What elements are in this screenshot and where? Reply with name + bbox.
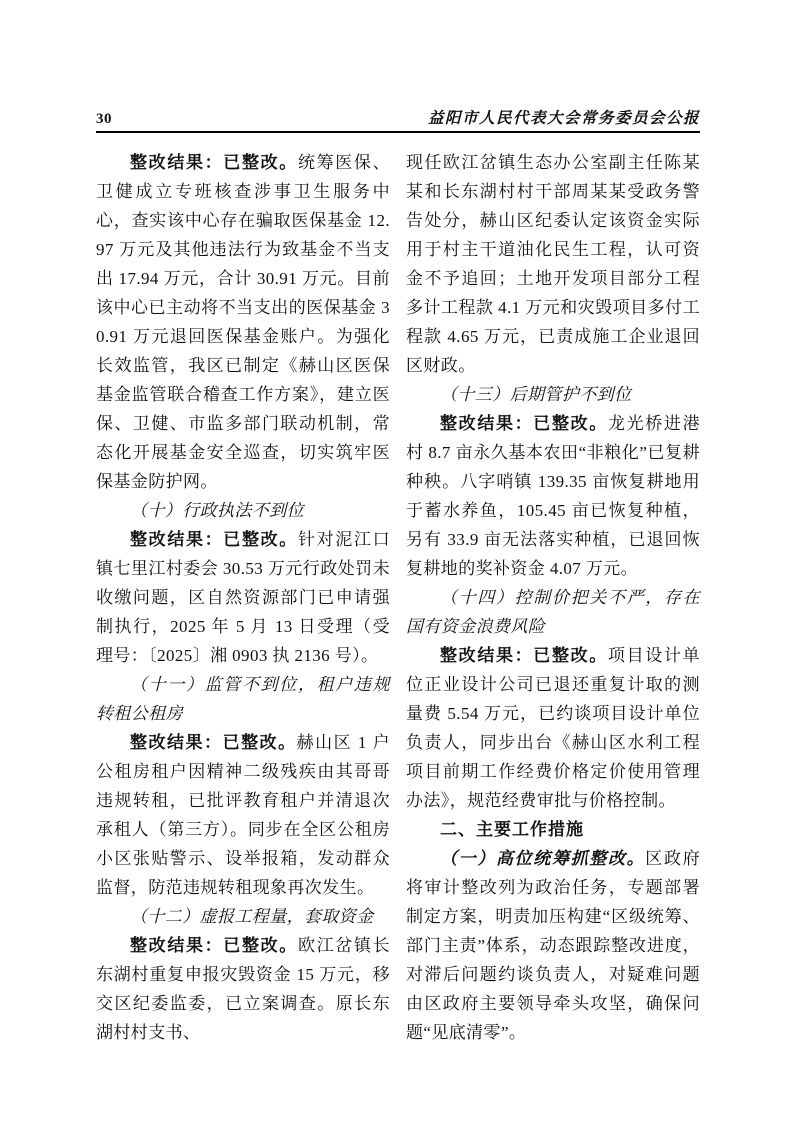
page-number: 30 [96,111,112,128]
header-title: 益阳市人民代表大会常务委员会公报 [428,106,700,128]
heading-section-2-main-measures: 二、主要工作措施 [406,815,700,844]
text-run-normal: 针对泥江口镇七里江村委会 30.53 万元行政处罚未收缴问题，区自然资源部门已申… [96,530,390,665]
text-run-normal: 赫山区 1 户公租房租户因精神二级残疾由其哥哥违规转租，已批评教育租户并清退次承… [96,733,390,897]
text-run-kai: （十一）监管不到位，租户违规转租公租房 [96,675,390,723]
para-measure-1-overall-planning: （一）高位统筹抓整改。区政府将审计整改列为政治任务，专题部署制定方案，明责加压构… [406,844,700,1047]
text-run-bold: 整改结果：已整改。 [130,153,298,172]
para-rectification-project-funds-continued: 现任欧江岔镇生态办公室副主任陈某某和长东湖村村干部周某某受政务警告处分，赫山区纪… [406,148,700,380]
text-run-normal: 龙光桥进港村 8.7 亩永久基本农田“非粮化”已复耕种秧。八字哨镇 139.35… [406,414,700,578]
text-run-bold: 整改结果：已整改。 [440,646,608,665]
left-column: 整改结果：已整改。统筹医保、卫健成立专班核查涉事卫生服务中心，查实该中心存在骗取… [96,148,390,1047]
text-run-kai: （十二）虚报工程量，套取资金 [130,907,374,926]
text-run-kai: （十三）后期管护不到位 [440,385,631,404]
document-page: 30 益阳市人民代表大会常务委员会公报 整改结果：已整改。统筹医保、卫健成立专班… [0,0,794,1122]
heading-item-13: （十三）后期管护不到位 [406,380,700,409]
document-body: 整改结果：已整改。统筹医保、卫健成立专班核查涉事卫生服务中心，查实该中心存在骗取… [96,148,700,1047]
page-header: 30 益阳市人民代表大会常务委员会公报 [96,106,700,133]
text-run-normal: 项目设计单位正业设计公司已退还重复计取的测量费 5.54 万元，已约谈项目设计单… [406,646,700,810]
heading-item-12: （十二）虚报工程量，套取资金 [96,902,390,931]
text-run-kaibold: （一）高位统筹抓整改。 [440,849,645,868]
text-run-bold: 整改结果：已整改。 [130,530,298,549]
heading-item-10: （十）行政执法不到位 [96,496,390,525]
para-rectification-price-control: 整改结果：已整改。项目设计单位正业设计公司已退还重复计取的测量费 5.54 万元… [406,641,700,815]
para-rectification-medical-insurance: 整改结果：已整改。统筹医保、卫健成立专班核查涉事卫生服务中心，查实该中心存在骗取… [96,148,390,496]
text-run-bold: 整改结果：已整改。 [130,936,298,955]
text-run-normal: 区政府将审计整改列为政治任务，专题部署制定方案，明责加压构建“区级统筹、部门主责… [406,849,700,1042]
para-rectification-project-funds: 整改结果：已整改。欧江岔镇长东湖村重复申报灾毁资金 15 万元，移交区纪委监委，… [96,931,390,1047]
para-rectification-enforcement: 整改结果：已整改。针对泥江口镇七里江村委会 30.53 万元行政处罚未收缴问题，… [96,525,390,670]
text-run-bold: 整改结果：已整改。 [440,414,608,433]
text-run-normal: 统筹医保、卫健成立专班核查涉事卫生服务中心，查实该中心存在骗取医保基金 12.9… [96,153,390,491]
text-run-normal: 现任欧江岔镇生态办公室副主任陈某某和长东湖村村干部周某某受政务警告处分，赫山区纪… [406,153,700,375]
right-column: 现任欧江岔镇生态办公室副主任陈某某和长东湖村村干部周某某受政务警告处分，赫山区纪… [406,148,700,1047]
text-run-hei: 二、主要工作措施 [440,820,584,839]
text-run-kai: （十四）控制价把关不严，存在国有资金浪费风险 [406,588,700,636]
heading-item-11: （十一）监管不到位，租户违规转租公租房 [96,670,390,728]
para-rectification-public-housing: 整改结果：已整改。赫山区 1 户公租房租户因精神二级残疾由其哥哥违规转租，已批评… [96,728,390,902]
heading-item-14: （十四）控制价把关不严，存在国有资金浪费风险 [406,583,700,641]
text-run-bold: 整改结果：已整改。 [130,733,297,752]
para-rectification-farmland: 整改结果：已整改。龙光桥进港村 8.7 亩永久基本农田“非粮化”已复耕种秧。八字… [406,409,700,583]
text-run-kai: （十）行政执法不到位 [130,501,304,520]
